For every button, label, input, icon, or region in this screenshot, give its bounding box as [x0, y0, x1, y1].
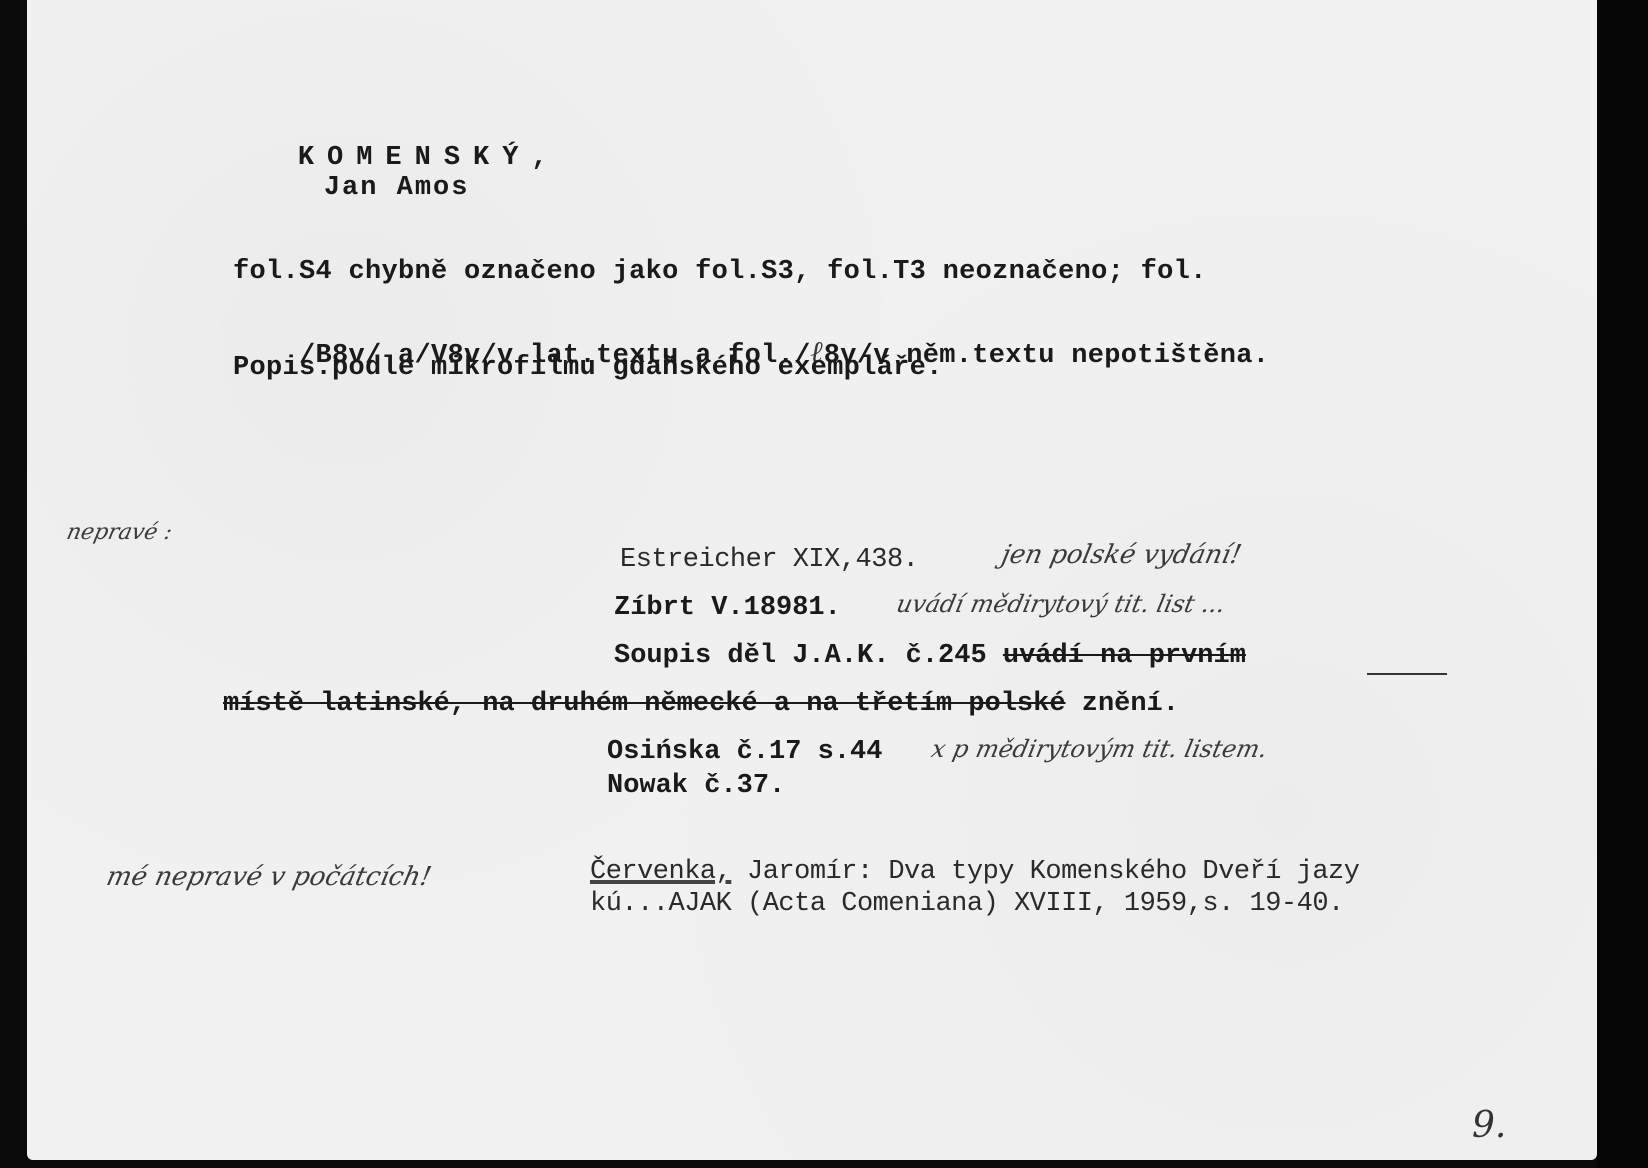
- ref-soupis: Soupis děl J.A.K. č.245 uvádí na prvním: [614, 641, 1246, 671]
- cervenka-author: Červenka,: [590, 857, 731, 887]
- margin-note-left: nepravé :: [64, 520, 174, 545]
- note-line-3: Popis.podle mikrofilmu gdaňského exemplá…: [233, 353, 943, 383]
- cervenka-title: Jaromír: Dva typy Komenského Dveří jazy: [731, 857, 1359, 887]
- strike-line-extension: [1367, 673, 1447, 675]
- ref-cervenka-line-2: kú...AJAK (Acta Comeniana) XVIII, 1959,s…: [590, 889, 1344, 919]
- handwritten-osinska: x p mědirytovým tit. listem.: [929, 735, 1270, 763]
- card-heading: KOMENSKÝ, Jan Amos: [225, 113, 561, 233]
- ref-soupis-continuation: místě latinské, na druhém německé a na t…: [223, 689, 1179, 719]
- soupis-struck-text: uvádí na prvním: [1003, 641, 1246, 671]
- scan-border-right: [1597, 0, 1648, 1168]
- ref-nowak: Nowak č.37.: [607, 771, 785, 801]
- soupis-continuation-struck: místě latinské, na druhém německé a na t…: [223, 689, 1066, 719]
- ref-cervenka-line-1: Červenka, Jaromír: Dva typy Komenského D…: [590, 857, 1359, 887]
- handwritten-cervenka-note: mé nepravé v počátcích!: [104, 862, 434, 892]
- catalog-card: KOMENSKÝ, Jan Amos fol.S4 chybně označen…: [27, 0, 1597, 1160]
- handwritten-estreicher: jen polské vydání!: [999, 540, 1244, 570]
- ref-osinska: Osińska č.17 s.44: [607, 737, 882, 767]
- soupis-text: Soupis děl J.A.K. č.245: [614, 641, 1003, 671]
- note-line-1: fol.S4 chybně označeno jako fol.S3, fol.…: [233, 257, 1207, 287]
- page-number: 9.: [1472, 1105, 1506, 1146]
- author-given-names: Jan Amos: [324, 173, 470, 203]
- handwritten-zibrt: uvádí mědirytový tit. list ...: [894, 590, 1228, 618]
- ref-zibrt: Zíbrt V.18981.: [614, 593, 841, 623]
- ref-estreicher: Estreicher XIX,438.: [620, 545, 918, 575]
- soupis-continuation-tail: znění.: [1066, 689, 1179, 719]
- author-surname: KOMENSKÝ,: [298, 143, 561, 173]
